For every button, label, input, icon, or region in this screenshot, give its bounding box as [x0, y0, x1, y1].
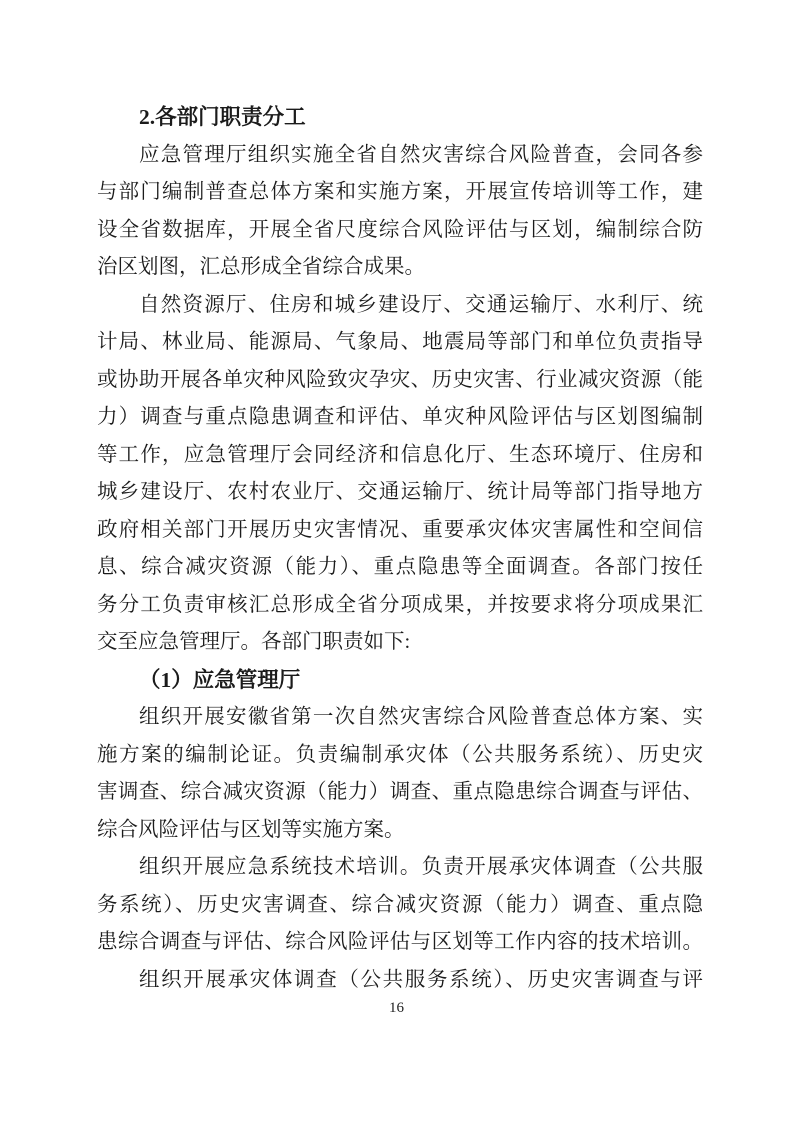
doc-paragraph: 组织开展承灾体调查（公共服务系统）、历史灾害调查与评	[97, 962, 703, 1000]
doc-line: 与部门编制普查总体方案和实施方案，开展宣传培训等工作，建	[97, 174, 703, 212]
doc-line: 应急管理厅组织实施全省自然灾害综合风险普查，会同各参	[97, 137, 703, 175]
doc-line: 或协助开展各单灾种风险致灾孕灾、历史灾害、行业减灾资源（能	[97, 362, 703, 400]
doc-line: 务系统）、历史灾害调查、综合减灾资源（能力）调查、重点隐	[97, 887, 703, 925]
doc-line: 组织开展安徽省第一次自然灾害综合风险普查总体方案、实	[97, 699, 703, 737]
page-number: 16	[0, 1000, 793, 1017]
doc-paragraph: 自然资源厅、住房和城乡建设厅、交通运输厅、水利厅、统计局、林业局、能源局、气象局…	[97, 287, 703, 662]
doc-line: 综合风险评估与区划等实施方案。	[97, 812, 703, 850]
doc-line: 等工作，应急管理厅会同经济和信息化厅、生态环境厅、住房和	[97, 437, 703, 475]
document-page: 2.各部门职责分工应急管理厅组织实施全省自然灾害综合风险普查，会同各参与部门编制…	[0, 0, 793, 1122]
doc-line: 患综合调查与评估、综合风险评估与区划等工作内容的技术培训。	[97, 924, 703, 962]
doc-line: 息、综合减灾资源（能力）、重点隐患等全面调查。各部门按任	[97, 549, 703, 587]
doc-line: 力）调查与重点隐患调查和评估、单灾种风险评估与区划图编制	[97, 399, 703, 437]
doc-line: 组织开展应急系统技术培训。负责开展承灾体调查（公共服	[97, 849, 703, 887]
doc-line: 政府相关部门开展历史灾害情况、重要承灾体灾害属性和空间信	[97, 512, 703, 550]
section-heading-1-yingji: （1）应急管理厅	[97, 662, 703, 700]
doc-line: 害调查、综合减灾资源（能力）调查、重点隐患综合调查与评估、	[97, 774, 703, 812]
doc-line: 治区划图，汇总形成全省综合成果。	[97, 249, 703, 287]
doc-line: 计局、林业局、能源局、气象局、地震局等部门和单位负责指导	[97, 324, 703, 362]
doc-paragraph: 组织开展安徽省第一次自然灾害综合风险普查总体方案、实施方案的编制论证。负责编制承…	[97, 699, 703, 849]
doc-line: 交至应急管理厅。各部门职责如下:	[97, 624, 703, 662]
section-heading-2: 2.各部门职责分工	[97, 99, 703, 137]
doc-line: 施方案的编制论证。负责编制承灾体（公共服务系统）、历史灾	[97, 737, 703, 775]
doc-line: 设全省数据库，开展全省尺度综合风险评估与区划，编制综合防	[97, 212, 703, 250]
doc-paragraph: 应急管理厅组织实施全省自然灾害综合风险普查，会同各参与部门编制普查总体方案和实施…	[97, 137, 703, 287]
doc-line: 城乡建设厅、农村农业厅、交通运输厅、统计局等部门指导地方	[97, 474, 703, 512]
doc-paragraph: 组织开展应急系统技术培训。负责开展承灾体调查（公共服务系统）、历史灾害调查、综合…	[97, 849, 703, 962]
doc-line: 自然资源厅、住房和城乡建设厅、交通运输厅、水利厅、统	[97, 287, 703, 325]
doc-line: 组织开展承灾体调查（公共服务系统）、历史灾害调查与评	[97, 962, 703, 1000]
doc-line: 务分工负责审核汇总形成全省分项成果，并按要求将分项成果汇	[97, 587, 703, 625]
document-body: 2.各部门职责分工应急管理厅组织实施全省自然灾害综合风险普查，会同各参与部门编制…	[97, 99, 703, 999]
